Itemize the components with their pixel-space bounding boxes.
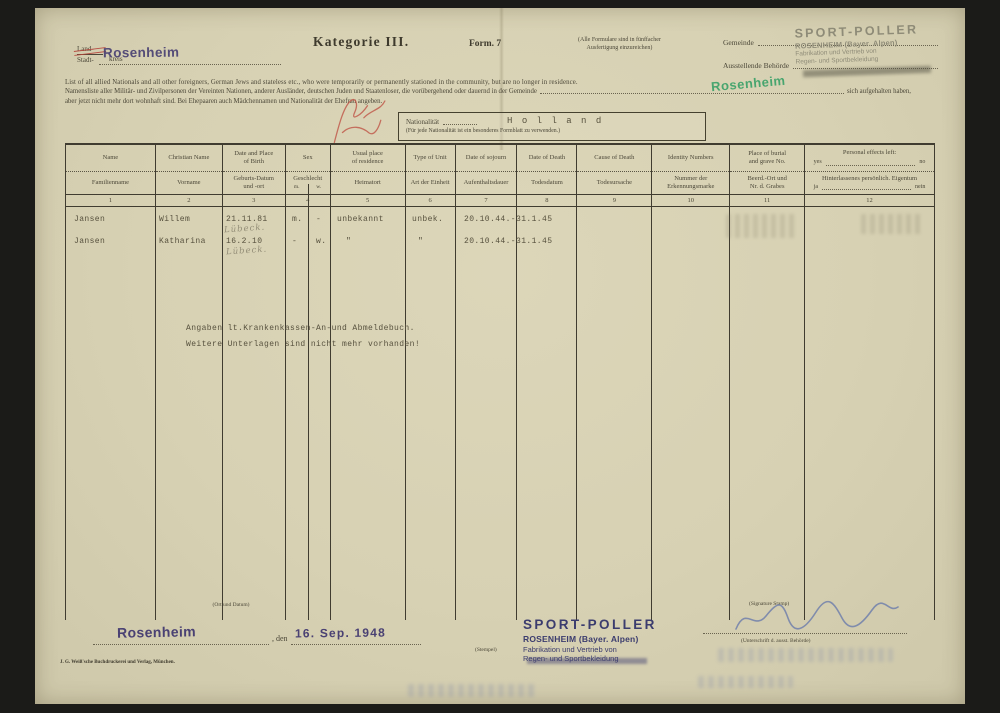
intro-german-line1: Namensliste aller Militär- und Zivilpers… <box>65 88 911 95</box>
intro-english: List of all allied Nationals and all oth… <box>65 79 578 86</box>
handwritten-signature <box>730 595 910 641</box>
cell-christian-row1: Willem <box>159 215 190 224</box>
handwritten-birthplace-row2: Lübeck. <box>226 245 268 258</box>
cell-residence-row1: unbekannt <box>337 215 384 224</box>
bleed-through-mark <box>726 214 796 238</box>
behoerde-label: Ausstellende Behörde <box>723 61 789 70</box>
handwritten-birthplace-row1: Lübeck. <box>224 223 266 236</box>
bleed-through-mark <box>408 684 538 697</box>
bleed-through-mark <box>718 648 893 662</box>
nationality-note: (Für jede Nationalität ist ein besondere… <box>406 128 698 134</box>
ort-dotted-line <box>93 644 269 645</box>
nationality-label: Nationalität <box>406 118 439 126</box>
cell-sojourn-row2: 20.10.44.-31.1.45 <box>464 237 552 246</box>
cell-name-row2: Jansen <box>74 237 105 246</box>
scanned-form-page: Land- Stadt- kreis Rosenheim Kategorie I… <box>35 8 965 704</box>
copies-note: (Alle Formulare sind in fünffacher Ausfe… <box>578 36 661 52</box>
remark-line1: Angaben lt.Krankenkassen-An-und Abmeldeb… <box>186 324 415 333</box>
date-dotted-line <box>291 644 421 645</box>
stempel-label: (Stempel) <box>475 647 497 653</box>
cell-unit-row1: unbek. <box>412 215 443 224</box>
land-label: Land- <box>77 45 94 53</box>
cell-sex-w-row1: - <box>316 215 321 224</box>
cell-sex-w-row2: w. <box>316 237 326 246</box>
cell-christian-row2: Katharina <box>159 237 206 246</box>
remark-line2: Weitere Unterlagen sind nicht mehr vorha… <box>186 340 420 349</box>
form-number: Form. 7 <box>469 39 501 49</box>
gemeinde-label: Gemeinde <box>723 38 754 47</box>
registry-table: Name Familienname 1 Christian Name Vorna… <box>65 143 935 620</box>
printer-imprint: J. G. Weiß'sche Buchdruckerei und Verlag… <box>60 660 175 665</box>
ort-rosenheim-stamp: Rosenheim <box>117 623 196 640</box>
kreis-dotted-line <box>99 64 281 65</box>
typed-entries: Jansen Willem 21.11.81 Lübeck. m. - unbe… <box>66 145 935 620</box>
den-label: , den <box>272 634 288 643</box>
stadt-label: Stadt- <box>77 56 94 64</box>
date-stamp: 16. Sep. 1948 <box>295 626 386 641</box>
nationality-value: H o l l a n d <box>507 116 603 126</box>
cell-name-row1: Jansen <box>74 215 105 224</box>
supplier-stamp-top: SPORT-POLLER ROSENHEIM (Bayer. Alpen) Fa… <box>794 21 945 66</box>
nationality-box: Nationalität H o l l a n d (Für jede Nat… <box>398 112 706 141</box>
nationality-dotted-line <box>443 124 477 125</box>
cell-unit-row2: " <box>418 237 423 246</box>
kreis-block: Land- Stadt- <box>77 45 103 64</box>
bleed-through-mark <box>861 214 923 234</box>
cell-sex-m-row2: - <box>292 237 297 246</box>
bleed-through-mark <box>698 676 793 688</box>
gemeinde-entry-dotted-line <box>540 93 844 94</box>
company-stamp-bottom: SPORT-POLLER ROSENHEIM (Bayer. Alpen) Fa… <box>523 617 683 663</box>
kreis-rosenheim-stamp: Rosenheim <box>103 45 180 61</box>
cell-sojourn-row1: 20.10.44.-31.1.45 <box>464 215 552 224</box>
red-handwriting-mark <box>318 95 398 143</box>
stamp-smudge-bottom <box>527 658 647 664</box>
page-title: Kategorie III. <box>313 34 409 50</box>
cell-sex-m-row1: m. <box>292 215 302 224</box>
cell-residence-row2: " <box>346 237 351 246</box>
